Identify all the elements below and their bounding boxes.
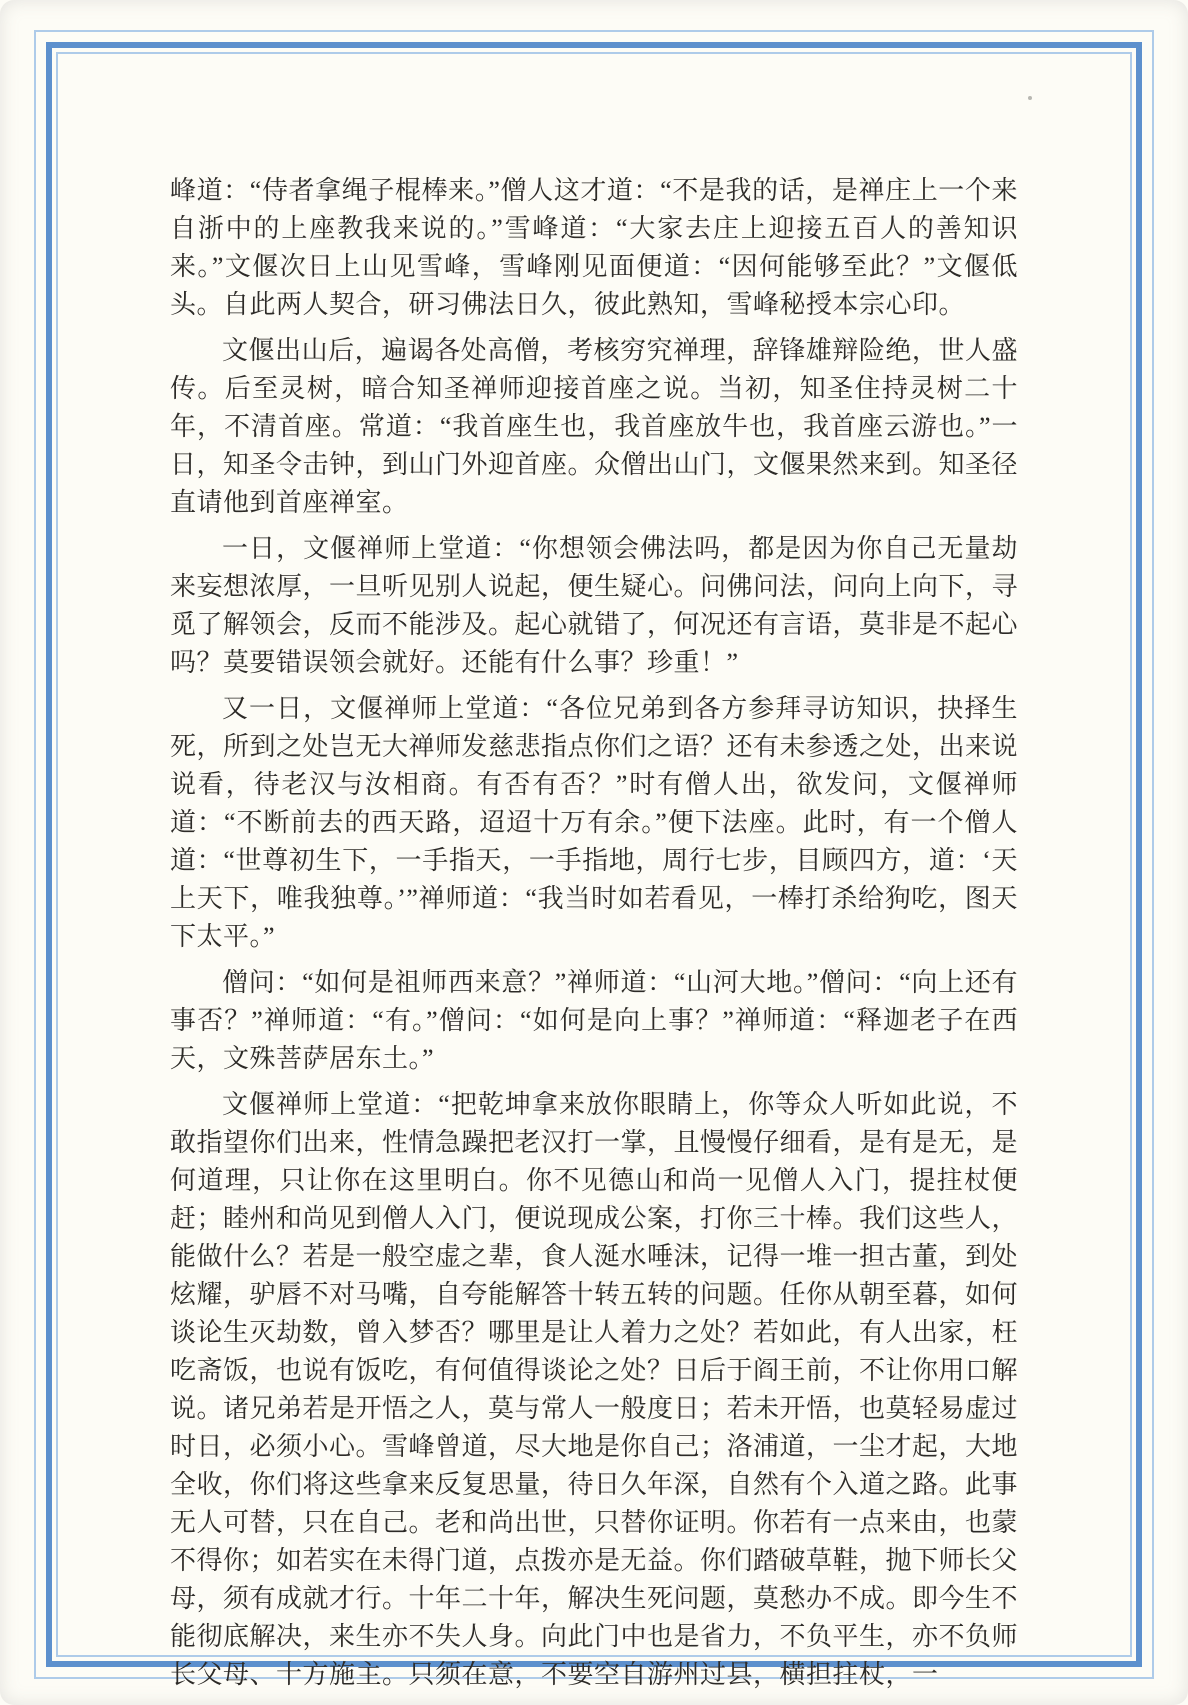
paragraph: 又一日，文偃禅师上堂道：“各位兄弟到各方参拜寻访知识，抉择生死，所到之处岂无大禅…: [170, 690, 1018, 956]
paragraph: 峰道：“侍者拿绳子棍棒来。”僧人这才道：“不是我的话，是禅庄上一个来自浙中的上座…: [170, 172, 1018, 324]
scan-speck: [1028, 96, 1032, 100]
paragraph: 文偃禅师上堂道：“把乾坤拿来放你眼睛上，你等众人听如此说，不敢指望你们出来，性情…: [170, 1086, 1018, 1694]
page-text-block: 峰道：“侍者拿绳子棍棒来。”僧人这才道：“不是我的话，是禅庄上一个来自浙中的上座…: [170, 172, 1018, 1702]
scanned-page: 峰道：“侍者拿绳子棍棒来。”僧人这才道：“不是我的话，是禅庄上一个来自浙中的上座…: [0, 0, 1188, 1705]
paragraph: 一日，文偃禅师上堂道：“你想领会佛法吗，都是因为你自己无量劫来妄想浓厚，一旦听见…: [170, 530, 1018, 682]
paragraph: 僧问：“如何是祖师西来意？”禅师道：“山河大地。”僧问：“向上还有事否？”禅师道…: [170, 964, 1018, 1078]
paragraph: 文偃出山后，遍谒各处高僧，考核穷究禅理，辞锋雄辩险绝，世人盛传。后至灵树，暗合知…: [170, 332, 1018, 522]
